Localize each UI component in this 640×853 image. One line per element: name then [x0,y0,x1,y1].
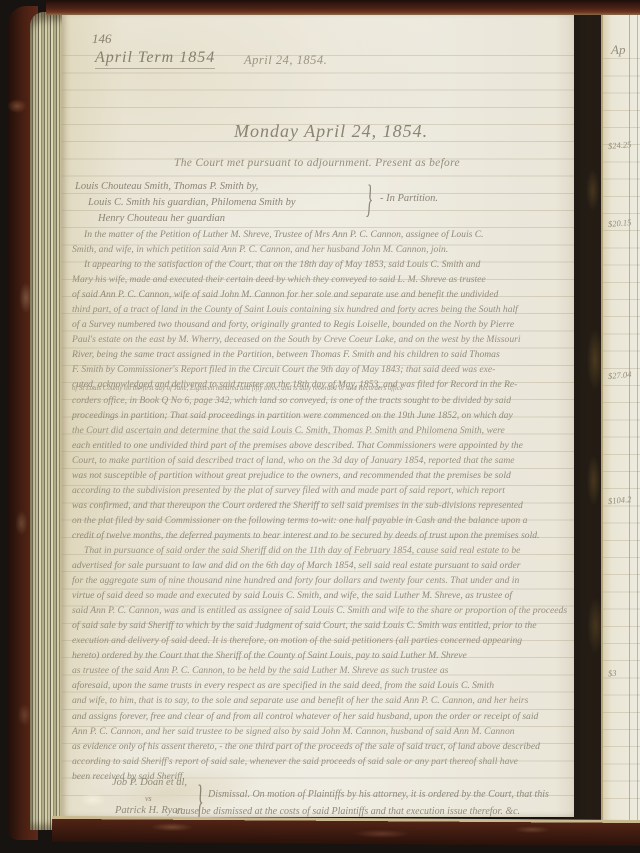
book-bottom-edge [52,816,640,846]
handwritten-line: was confirmed, and that thereupon the Co… [72,498,574,513]
caption-line: Henry Chouteau her guardian [98,211,296,227]
margin-figure: $27.04 [608,369,632,381]
handwritten-line: Paul's estate on the east by M. Wherry, … [72,332,574,347]
handwritten-line: That in pursuance of said order the said… [72,543,574,558]
facing-header-fragment: Ap [611,42,625,58]
caption-line: Louis Chouteau Smith, Thomas P. Smith by… [75,179,296,195]
handwritten-line: Court, to make partition of said describ… [72,453,574,468]
handwritten-line: was not susceptible of partition without… [72,468,574,483]
gutter-shadow [556,13,602,819]
handwritten-line: aforesaid, upon the same trusts in every… [72,678,574,693]
page-number: 146 [92,31,112,47]
book-top-edge [46,0,640,15]
dismissal-order-line1: Dismissal. On motion of Plaintiffs by hi… [208,789,549,800]
dismissal-plaintiff: Job P. Doan et al, [112,777,187,788]
caption-brace: } [366,181,372,225]
handwritten-line: advertised for sale pursuant to law and … [72,558,574,573]
handwritten-line: corders office, in Book Q No 6, page 342… [72,393,574,408]
term-header: April Term 1854 [95,49,215,69]
handwritten-line: and assigns forever, free and clear of a… [72,709,574,724]
dismissal-versus: vs [145,794,152,803]
handwritten-line: and wife, to him, that is to say, to the… [72,693,574,708]
photo-background: 146 April Term 1854 April 24, 1854. Mond… [0,0,640,853]
handwritten-line: hereto) ordered by the Court that the Sh… [72,648,574,663]
facing-column-rule-1 [629,12,630,824]
handwritten-line: according to said Sheriff's report of sa… [72,754,574,769]
handwritten-line: Mary his wife, made and executed their c… [72,272,574,287]
handwritten-line: according to the subdivision presented b… [72,483,574,498]
margin-figure: $104.2 [608,494,632,506]
session-line: The Court met pursuant to adjournment. P… [174,157,460,169]
caption-line: Louis C. Smith his guardian, Philomena S… [88,195,296,211]
margin-figure: $24.25 [608,139,632,151]
handwritten-line: It appearing to the satisfaction of the … [72,257,574,272]
handwritten-line: of said Ann P. C. Cannon, wife of said J… [72,287,574,302]
handwritten-line: third part, of a tract of land in the Co… [72,302,574,317]
handwritten-line: River, being the same tract assigned in … [72,347,574,362]
handwritten-line: virtue of said deed so made and executed… [72,588,574,603]
handwritten-line: of a Survey numbered two thousand and fo… [72,317,574,332]
facing-column-rule-2 [637,12,638,824]
dismissal-order-line2: cause be dismissed at the costs of said … [176,806,520,817]
handwritten-line: credit of twelve months, the deferred pa… [72,528,574,543]
paper-chip [80,793,106,807]
handwritten-line: as evidence only of his assent thereto, … [72,739,574,754]
handwritten-line: proceedings in partition; That said proc… [72,408,574,423]
handwritten-line: of said sale by said Sheriff to which by… [72,618,574,633]
dismissal-defendant: Patrick H. Ryan [115,805,183,816]
handwritten-line: as trustee of the said Ann P. C. Cannon,… [72,663,574,678]
interlineation: of St Louis County on the first day of J… [72,385,403,392]
handwritten-line: said Ann P. C. Cannon, was and is entitl… [72,603,574,618]
handwritten-line: Smith, and wife, in which petition said … [72,242,574,257]
ledger-page: 146 April Term 1854 April 24, 1854. Mond… [62,13,574,817]
handwritten-line: the Court did ascertain and determine th… [72,423,574,438]
facing-ruled-lines [603,42,640,812]
partition-case-body: In the matter of the Petition of Luther … [72,227,574,784]
margin-figure: $20.15 [608,217,632,229]
handwritten-line: each entitled to one undivided third par… [72,438,574,453]
day-heading: Monday April 24, 1854. [234,121,428,142]
date-header: April 24, 1854. [244,53,327,68]
handwritten-line: execution and delivery of said deed. It … [72,633,574,648]
facing-page-sliver: Ap $24.25 $20.15 $27.04 $104.2 $3 [601,12,640,824]
handwritten-line: on the plat filed by said Commissioner o… [72,513,574,528]
handwritten-line: Ann P. C. Cannon, and her said trustee t… [72,724,574,739]
handwritten-line: In the matter of the Petition of Luther … [72,227,574,242]
partition-case-caption: Louis Chouteau Smith, Thomas P. Smith by… [75,179,296,227]
handwritten-line: for the aggregate sum of nine thousand n… [72,573,574,588]
caption-label: - In Partition. [380,193,438,204]
handwritten-line: F. Smith by Commissioner's Report filed … [72,362,574,377]
margin-figure: $3 [608,668,617,679]
